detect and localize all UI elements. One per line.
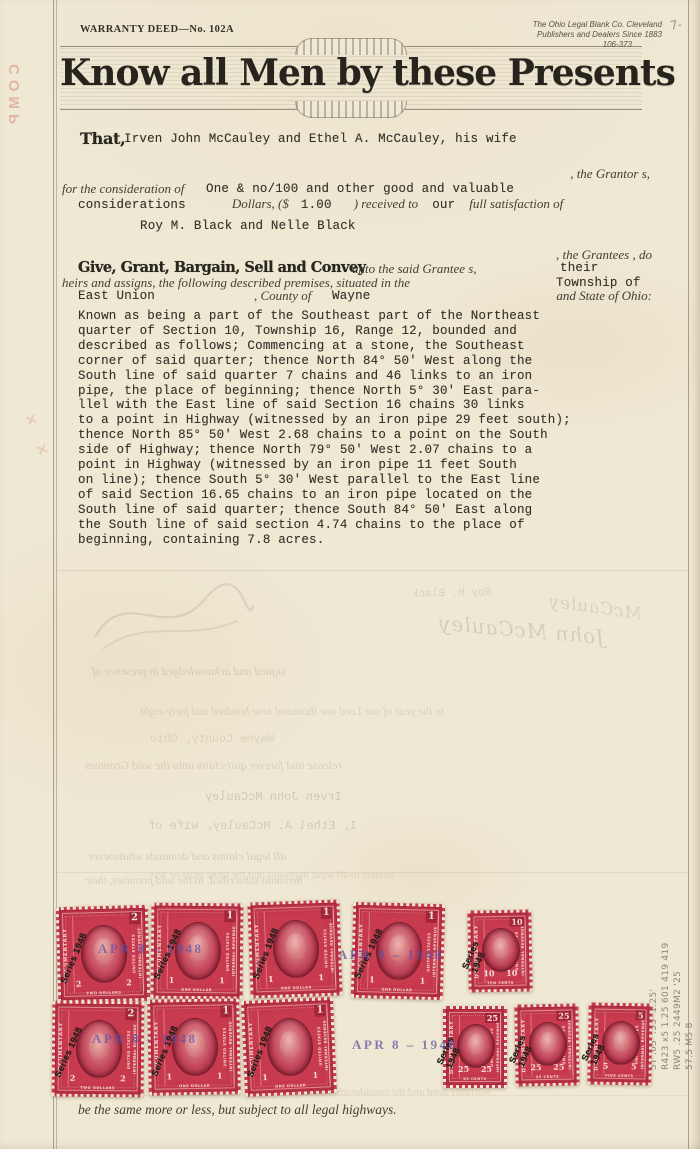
description-line: the South line of said section 4.74 chai… [78,518,571,533]
bleed-through-text: signed and acknowledged in presence of [92,664,286,679]
bleed-through-text: in the year of our Lord one thousand nin… [140,706,444,718]
description-line: described as follows; Commencing at a st… [78,339,571,354]
stamp-value-br: 1 [217,1071,223,1081]
description-line: side of Highway; thence North 79° 50' We… [78,443,571,458]
consideration-typed: One & no/100 and other good and valuable [206,182,514,196]
cancel-date-stamp: APR 8 – 1948 [98,941,203,957]
stamp-value: 1 [224,910,235,922]
description-line: llel with the East line of said Section … [78,398,571,413]
stamp-value-br: 2 [120,1073,126,1083]
revenue-stamp-2d: DOCUMENTARY UNITED STATES INTERNAL REVEN… [52,1001,145,1098]
cancel-date-stamp: APR 8 – 1948 [338,947,443,963]
revenue-stamp-1d: DOCUMENTARY UNITED STATES INTERNAL REVEN… [147,998,241,1096]
stamp-value-br: 1 [312,1070,318,1080]
form-rule-1 [57,570,688,571]
consideration-line2: considerations Dollars, ($ 1.00 ) receiv… [78,195,563,213]
publisher-line2: Publishers and Dealers Since 1883 [533,30,662,40]
bleed-through-text: Wayne County, Ohio [150,733,274,746]
stamp-value: 25 [485,1013,500,1023]
county-label: , County of [254,288,311,304]
convey-gothic: Give, Grant, Bargain, Sell and Convey [78,259,366,276]
revenue-stamp-5c: DOCUMENTARY UNITED STATES INTERNAL REVEN… [587,1002,652,1085]
stamp-value-br: 10 [506,968,517,978]
considerations-typed: considerations [78,198,186,212]
grantor-suffix: , the Grantor s, [570,166,650,182]
stamp-revenue-label: UNITED STATES INTERNAL REVENUE [126,1011,139,1087]
state-label: and State of Ohio: [556,288,652,304]
description-line: pipe, the place of beginning; thence Nor… [78,384,571,399]
portrait-face [468,1034,484,1054]
form-rule-2 [57,872,688,873]
stamp-value-bl: 25 [458,1064,469,1074]
stamp-value: 1 [321,907,332,919]
bleed-through-text: Roy M. Black [412,587,491,600]
portrait-face [540,1032,556,1052]
cancel-date-stamp: APR 8 – 1948 [352,1037,457,1053]
pencil-note-line: 57.5 M5 8 [684,870,696,1070]
left-margin-red-marks: ✕ ✕ [21,411,55,465]
stamp-value: 1 [426,911,437,923]
stamp-value-br: 5 [631,1061,637,1071]
bleed-through-text: John McCauley [437,611,605,649]
stamp-revenue-label: UNITED STATES INTERNAL REVENUE [221,1008,234,1084]
doc-type-label: WARRANTY DEED—No. 102A [80,24,234,35]
grantee-names-typed: Roy M. Black and Nelle Black [140,219,356,233]
bleed-through-text: I, Ethel A. McCauley, wife of [148,819,357,833]
revenue-stamp-25c: DOCUMENTARY UNITED STATES INTERNAL REVEN… [514,1003,579,1086]
stamp-value-bl: 1 [369,974,375,984]
stamp-ir-label: INTERNAL REVENUE [495,1016,501,1078]
township-name: East Union [78,289,155,303]
revenue-stamp-1d: DOCUMENTARY UNITED STATES INTERNAL REVEN… [247,899,342,998]
stamp-ir-label: INTERNAL REVENUE [227,1008,234,1084]
our-typed: our [432,198,455,212]
description-line: South line of said quarter; thence South… [78,503,571,518]
stamp-value-br: 1 [219,975,225,985]
page-title: Know all Men by these Presents [60,52,642,94]
portrait-face [613,1031,629,1051]
stamp-value-bl: 5 [603,1061,609,1071]
portrait-face [285,933,306,960]
pencil-note-line: RW5 .25 2449M2 '25 [672,870,684,1070]
bleed-through-text: release and forever quit-claim unto the … [85,758,342,773]
dollars-label: Dollars, ($ [232,196,289,211]
stamp-value-bl: 1 [166,1071,172,1081]
stamp-revenue-label: UNITED STATES INTERNAL REVENUE [225,913,238,989]
description-line: thence North 85° 50' West 2.68 chains to… [78,428,571,443]
corner-pencil-note: 7- [669,17,683,33]
stamp-value-br: 2 [126,977,132,987]
stamp-value: 2 [129,912,140,924]
stamp-value-br: 1 [420,976,426,986]
description-line: quarter of Section 10, Township 16, Rang… [78,324,571,339]
stamp-denomination-word: 25 CENTS [446,1077,504,1081]
title-banner: Know all Men by these Presents [60,46,642,110]
stamp-value-bl: 2 [76,979,82,989]
pencil-note-line: R423 x5 1.25 601 419 419 [660,870,672,1070]
stamp-denomination-word: ONE DOLLAR [154,988,240,993]
description-line: beginning, containing 7.8 acres. [78,533,571,548]
bleed-through-text: all legal claims and demands whatsoever [88,849,286,864]
stamp-value-bl: 1 [262,1072,268,1082]
left-margin-rule-outer [53,0,54,1149]
received-label: ) received to [354,196,418,211]
description-line: South line of said quarter 7 chains and … [78,369,571,384]
bleed-through-text: McCauley [547,592,643,625]
satisfaction-label: full satisfaction of [469,196,563,211]
description-line: Known as being a part of the Southeast p… [78,309,571,324]
stamp-value-bl: 2 [70,1073,76,1083]
amount-typed: 1.00 [301,198,332,212]
stamp-value: 10 [509,917,524,927]
closing-line: be the same more or less, but subject to… [78,1102,397,1118]
description-line: point in Highway (witnessed by an iron p… [78,458,571,473]
description-line: of said Section 16.65 chains to an iron … [78,488,571,503]
stamp-value-br: 1 [318,972,324,982]
bleed-through-text: subject to all legal highways and the sa… [150,869,393,881]
deed-page: COMP ✕ ✕ 7- WARRANTY DEED—No. 102A The O… [0,0,700,1149]
pencil-catalog-notes: 5T .05' .35' 1.25'R423 x5 1.25 601 419 4… [648,870,700,1070]
stamp-denomination-word: TWO DOLLARS [55,1086,141,1091]
revenue-stamp-10c: DOCUMENTARY UNITED STATES INTERNAL REVEN… [467,909,532,992]
portrait-face [493,938,509,958]
stamp-ir-label: INTERNAL REVENUE [230,913,236,989]
bleed-through-text: hereunto subscribed, to the said premise… [85,875,303,887]
description-line: to a point in Highway (witnessed by an i… [78,413,571,428]
pencil-scribble [85,575,265,660]
grantor-names-typed: Irven John McCauley and Ethel A. McCaule… [124,132,517,146]
banner-fan-ornament-bottom [295,101,407,118]
stamp-value: 1 [314,1004,325,1016]
stamp-value-br: 25 [553,1062,564,1072]
county-name: Wayne [332,289,371,303]
stamp-ir-label: INTERNAL REVENUE [131,1011,137,1087]
legal-description: Known as being a part of the Southeast p… [78,309,571,548]
portrait-face [279,1031,300,1058]
revenue-stamp-1d: DOCUMENTARY UNITED STATES INTERNAL REVEN… [241,997,337,1097]
publisher-line1: The Ohio Legal Blank Co. Cleveland [533,20,662,30]
stamp-value-br: 25 [481,1064,492,1074]
cancel-date-stamp: APR 8 – 1948 [92,1031,197,1047]
description-line: corner of said quarter; thence North 84°… [78,354,571,369]
stamp-value: 25 [556,1011,571,1021]
stamp-value-bl: 1 [169,975,175,985]
stamp-value: 2 [125,1008,136,1020]
bleed-through-text: Irven John McCauley [205,790,342,804]
stamp-value: 5 [636,1010,646,1020]
stamp-value-bl: 1 [268,974,274,984]
their-typed: their [560,261,599,275]
that-label: That, [80,129,125,148]
stamp-value-bl: 10 [483,968,494,978]
description-line: on line); thence South 5° 30' West paral… [78,473,571,488]
left-margin-red-text: COMP [6,64,23,129]
stamp-value-bl: 25 [530,1062,541,1072]
stamp-value: 1 [220,1005,231,1017]
